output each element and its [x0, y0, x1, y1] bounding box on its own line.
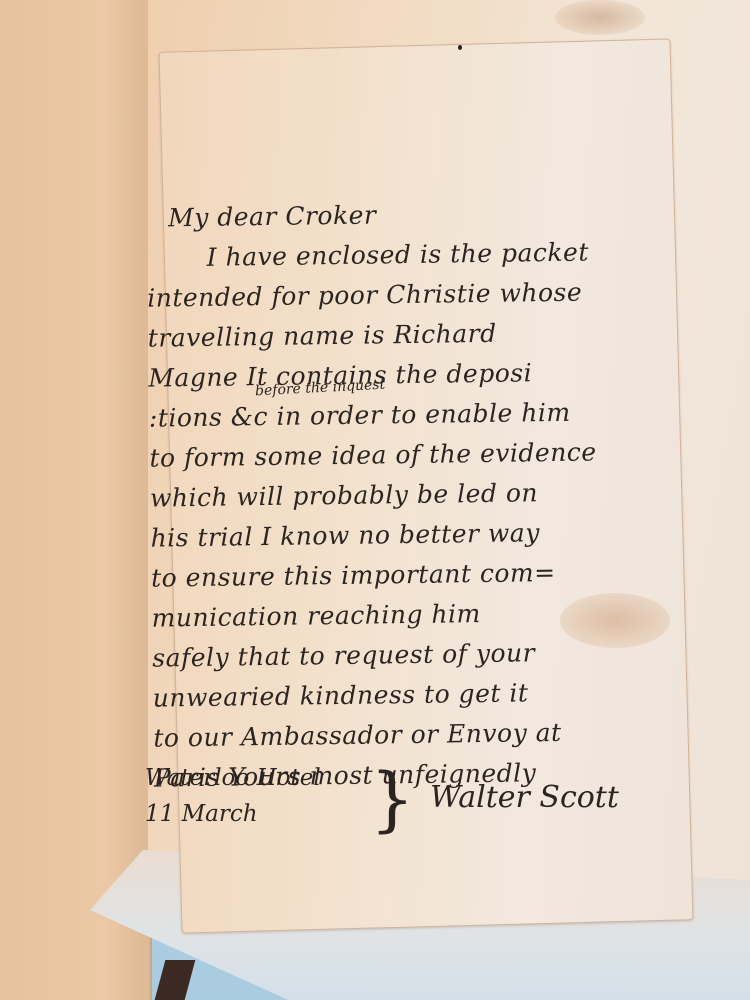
letter-line: I have enclosed is the packet: [146, 231, 667, 278]
ink-speck: [458, 45, 462, 50]
brace-mark: }: [370, 764, 415, 834]
signature: Walter Scott: [430, 780, 619, 815]
photo-scene: My dear Croker I have enclosed is the pa…: [0, 0, 750, 1000]
closing-block: Waterloo Hotel 11 March } Walter Scott: [145, 760, 665, 832]
letter-line: to form some idea of the evidence: [149, 431, 670, 478]
book-left-page: [0, 0, 152, 1000]
stain-top: [555, 0, 645, 35]
letter-body: My dear Croker I have enclosed is the pa…: [146, 191, 674, 798]
